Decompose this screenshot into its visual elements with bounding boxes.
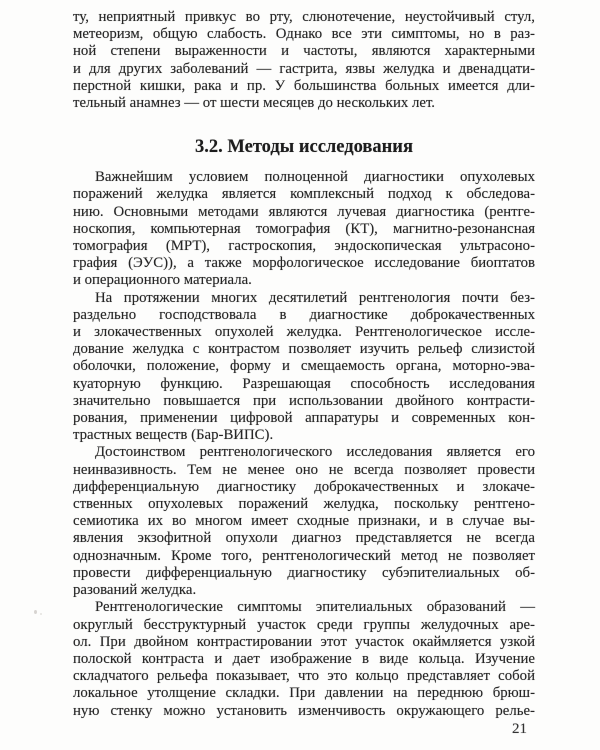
text-line: графия (ЭУС)), а также морфологическое и… [73, 255, 535, 272]
text-line: явления экзофитной опухоли диагноз предс… [73, 530, 535, 547]
text-line: округлый бесструктурный участок среди гр… [73, 617, 535, 634]
text-line: поражений желудка является комплексный п… [73, 186, 535, 203]
text-line: Достоинством рентгенологического исследо… [73, 444, 535, 461]
text-line: куаторную функцию. Разрешающая способнос… [73, 376, 535, 393]
text-line: ственных опухолевых поражений желудка, п… [73, 496, 535, 513]
text-line: семиотика их во многом имеет сходные при… [73, 513, 535, 530]
text-column: ту, неприятный привкус во рту, слюнотече… [73, 9, 535, 720]
paragraph: На протяжении многих десятилетий рентген… [73, 290, 535, 445]
text-line: метеоризм, общую слабость. Однако все эт… [73, 26, 535, 43]
text-line: ол. При двойном контрастировании этот уч… [73, 634, 535, 651]
paragraph: Достоинством рентгенологического исследо… [73, 444, 535, 599]
text-line: Важнейшим условием полноценной диагности… [73, 169, 535, 186]
text-line: нию. Основными методами являются лучевая… [73, 204, 535, 221]
text-line: провести дифференциальную диагностику су… [73, 565, 535, 582]
text-line: дифференциальную диагностику доброкачест… [73, 479, 535, 496]
text-line: и злокачественных опухолей желудка. Рент… [73, 324, 535, 341]
text-line: дование желудка с контрастом позволяет и… [73, 341, 535, 358]
section-heading: 3.2. Методы исследования [73, 137, 535, 158]
page-number: 21 [512, 721, 527, 738]
text-line: томография (МРТ), гастроскопия, эндоскоп… [73, 238, 535, 255]
scan-speck [34, 610, 37, 614]
text-line: трастных веществ (Бар-ВИПС). [73, 427, 535, 444]
text-line: и операционного материала. [73, 272, 535, 289]
text-line: носкопия, компьютерная томография (КТ), … [73, 221, 535, 238]
text-line: На протяжении многих десятилетий рентген… [73, 290, 535, 307]
text-line: ту, неприятный привкус во рту, слюнотече… [73, 9, 535, 26]
text-line: неинвазивность. Тем не менее оно не всег… [73, 462, 535, 479]
text-line: полоской контраста и дает изображение в … [73, 651, 535, 668]
text-line: разований желудка. [73, 582, 535, 599]
text-line: локальное утолщение складки. При давлени… [73, 685, 535, 702]
text-line: значительно повышается при использовании… [73, 393, 535, 410]
text-line: перстной кишки, рака и пр. У большинства… [73, 78, 535, 95]
paragraph: Важнейшим условием полноценной диагности… [73, 169, 535, 289]
text-line: ной степени выраженности и частоты, явля… [73, 43, 535, 60]
text-line: оболочки, положение, форму и смещаемость… [73, 358, 535, 375]
paragraph: ту, неприятный привкус во рту, слюнотече… [73, 9, 535, 112]
scan-speck [40, 613, 42, 615]
text-line: складчатого рельефа показывает, что это … [73, 668, 535, 685]
book-page: ту, неприятный привкус во рту, слюнотече… [0, 0, 600, 750]
text-line: рования, применении цифровой аппаратуры … [73, 410, 535, 427]
text-line: ную стенку можно установить изменчивость… [73, 703, 535, 720]
text-line: и для других заболеваний — гастрита, язв… [73, 61, 535, 78]
text-line: Рентгенологические симптомы эпителиальны… [73, 599, 535, 616]
text-line: раздельно господствовала в диагностике д… [73, 307, 535, 324]
text-line: тельный анамнез — от шести месяцев до не… [73, 95, 535, 112]
text-line: однозначным. Кроме того, рентгенологичес… [73, 548, 535, 565]
paragraph: Рентгенологические симптомы эпителиальны… [73, 599, 535, 719]
